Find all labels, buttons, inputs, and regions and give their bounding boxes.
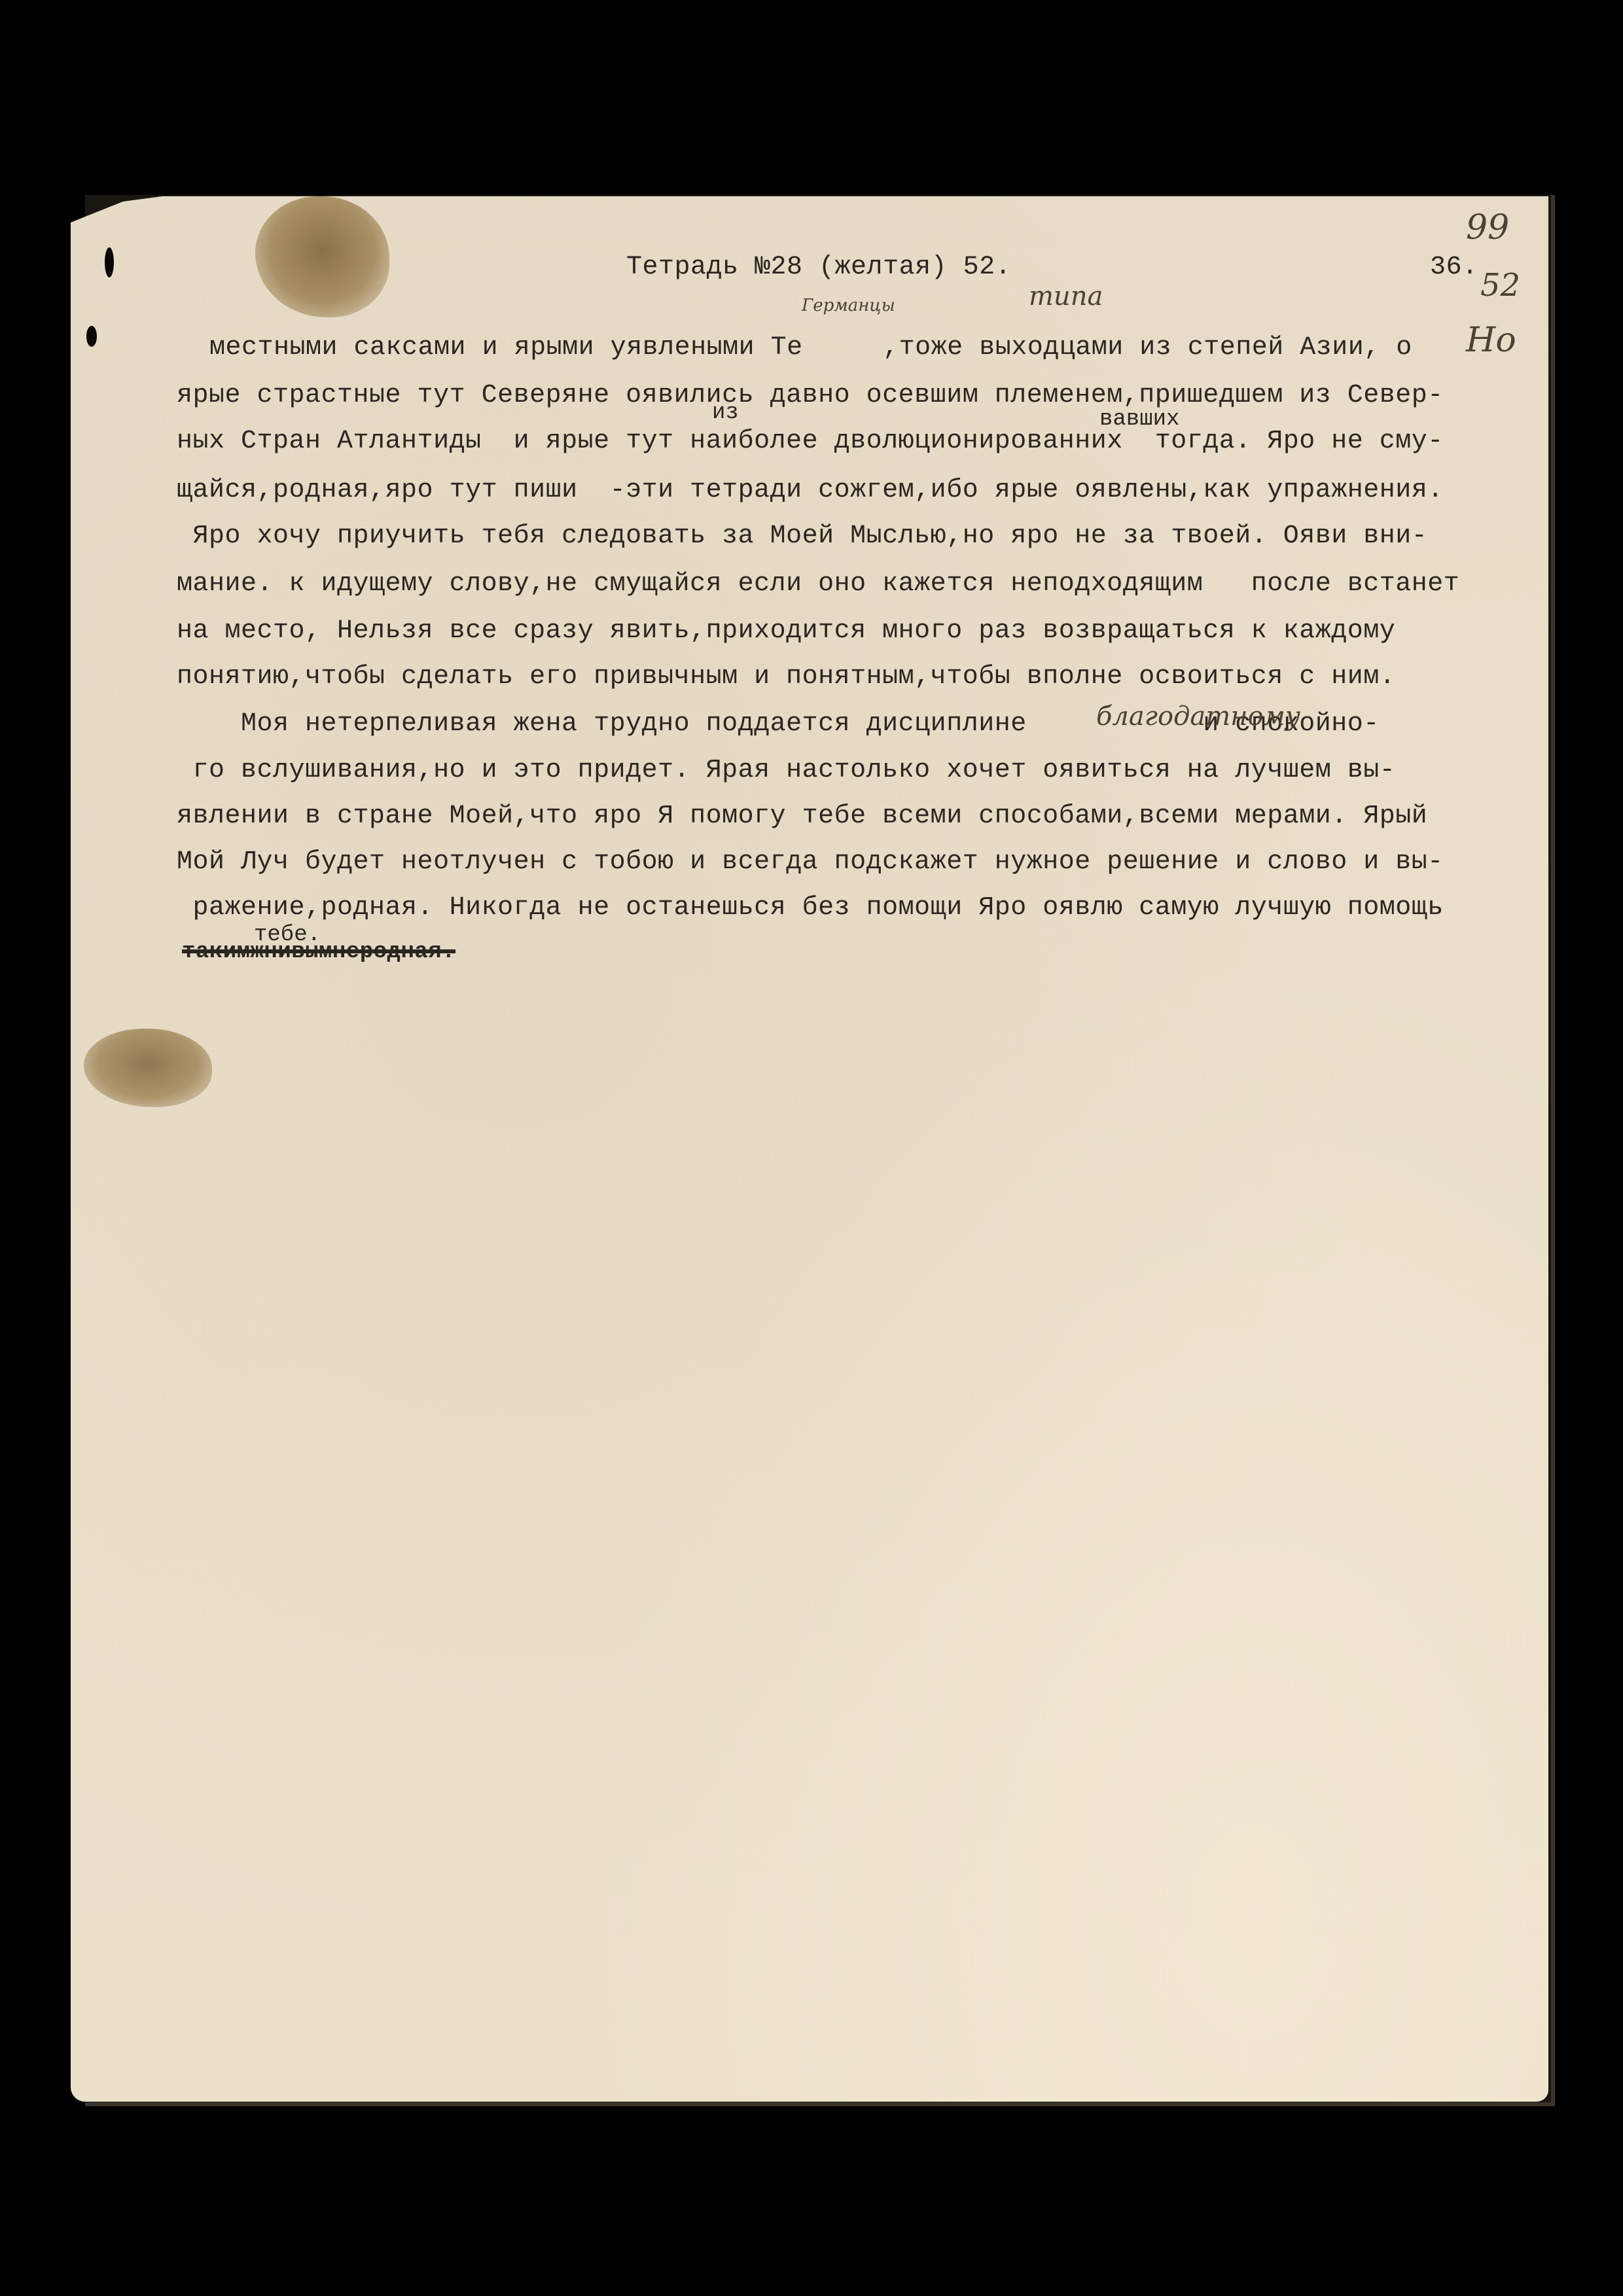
interlinear-iz: из (712, 400, 739, 425)
text-line-12: Мой Луч будет неотлучен с тобою и всегда… (177, 849, 1444, 875)
handwritten-germantsy: Германцы (802, 296, 895, 315)
archive-number-top: 99 (1466, 208, 1509, 247)
text-line-2: ярые страстные тут Северяне оявились дав… (177, 383, 1444, 409)
page-number: 36. (1430, 255, 1478, 281)
archive-number-bottom: 52 (1480, 267, 1520, 304)
text-line-4: щайся,родная,яро тут пиши -эти тетради с… (177, 478, 1444, 504)
text-line-1: местными саксами и ярыми уявлеными Те ,т… (209, 335, 1412, 361)
handwritten-tipa: типа (1029, 281, 1103, 311)
text-line-13: ражение,родная. Никогда не останешься бе… (177, 895, 1444, 921)
typed-text-area: Тетрадь №28 (желтая) 52. 36. 99 52 Герма… (0, 0, 1623, 2296)
handwritten-insert-blagodatnomu: благодатному (1096, 701, 1300, 732)
text-line-11: явлении в стране Моей,что яро Я помогу т… (177, 804, 1427, 830)
text-line-6: мание. к идущему слову,не смущайся если … (177, 571, 1459, 597)
text-line-10: го вслушивания,но и это придет. Ярая нас… (177, 758, 1395, 784)
text-line-8: понятию,чтобы сделать его привычным и по… (177, 664, 1395, 690)
handwritten-no: Но (1466, 321, 1516, 360)
struck-through-line: такимжнивымнеродная. (182, 941, 455, 963)
notebook-title: Тетрадь №28 (желтая) 52. (626, 255, 1011, 281)
text-line-7: на место, Нельзя все сразу явить,приходи… (177, 618, 1395, 645)
text-line-3: ных Стран Атлантиды и ярые тут наиболее … (177, 429, 1444, 455)
text-line-5: Яро хочу приучить тебя следовать за Моей… (177, 523, 1427, 550)
